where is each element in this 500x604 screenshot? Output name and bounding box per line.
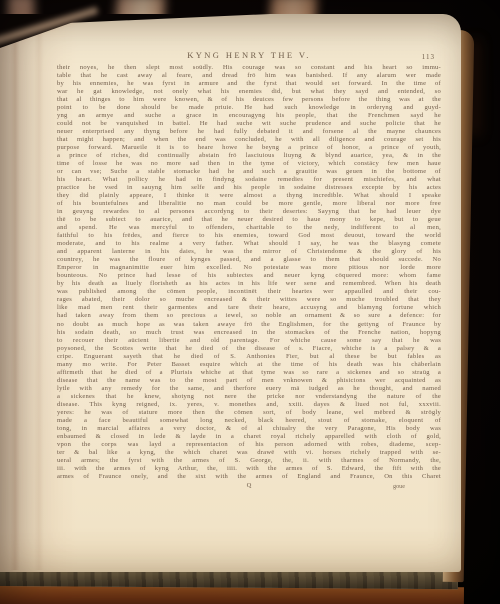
text-line: Emperor in magnanimitie euer him excelle… <box>57 264 441 272</box>
text-line: a prince of riches, did continually abst… <box>57 152 441 160</box>
text-line: that al thinges to him were knowen, & of… <box>57 96 441 104</box>
text-line: poysoned, the Scottes write that he died… <box>57 345 441 353</box>
text-line: to recouer their aūcient libertie and ol… <box>57 337 441 345</box>
signature-mark: Q <box>57 482 441 489</box>
text-line: neuer enterprised any thyng before he ha… <box>57 128 441 136</box>
text-line: of his bountefulnes and liberalitie no m… <box>57 200 441 208</box>
text-line: in geuyng rewardes to al persones accord… <box>57 208 441 216</box>
text-line: or can vse; Suche a stable stomacke had … <box>57 168 441 176</box>
text-line: that might happen; and when the end was … <box>57 136 441 144</box>
text-line: point to be done should be made priuie. … <box>57 104 441 112</box>
text-line: purpose forward. Marueile it is to heare… <box>57 144 441 152</box>
text-block: KYNG HENRY THE V. 113 their noyes, he th… <box>57 50 441 492</box>
text-line: iii. with the armes of kyng Arthur, the,… <box>57 465 441 473</box>
text-line: tong, in marcial affaires a very doctor,… <box>57 425 441 433</box>
text-line: countrey, he was the floure of kynges pa… <box>57 256 441 264</box>
text-line: ueral armes; the fyrst with the armes of… <box>57 457 441 465</box>
page-number: 113 <box>422 53 435 61</box>
text-line: thē to be subiect to auarice, and that h… <box>57 216 441 224</box>
text-line: and apparent lanterne in his daies, he w… <box>57 248 441 256</box>
text-line: was published among the cōmen people, in… <box>57 288 441 296</box>
text-line: practice he vsed in sauyng him selfe and… <box>57 184 441 192</box>
text-line: and spend. He was mercyful to offenders,… <box>57 224 441 232</box>
text-line: by his death as liuely florisheth as his… <box>57 280 441 288</box>
text-line: table that he cast away al feare, and dr… <box>57 72 441 80</box>
text-line: moderate, and to his realme a very fathe… <box>57 240 441 248</box>
signature-row: Q goue <box>57 482 441 492</box>
text-line: they did plainly appeare, I thinke it we… <box>57 192 441 200</box>
text-line: made a face beautiful somewhat long neck… <box>57 417 441 425</box>
text-line: disease that the name was to the most pa… <box>57 377 441 385</box>
text-line: armes of Fraunce onely, and the sixt wit… <box>57 473 441 481</box>
page-header: KYNG HENRY THE V. 113 <box>57 50 441 63</box>
text-line: his sodain death, so much trust was encr… <box>57 329 441 337</box>
text-line: by his ennemies, he was fyrst in armure … <box>57 80 441 88</box>
text-line: had taken away from them so precious a i… <box>57 312 441 320</box>
book-photograph: KYNG HENRY THE V. 113 their noyes, he th… <box>0 0 500 604</box>
text-line: yng an armye and suche a grace in encour… <box>57 112 441 120</box>
text-line: disease. This kyng reigned, ix. yeres, v… <box>57 401 441 409</box>
body-text: their noyes, he then slept most soūdly. … <box>57 64 441 481</box>
text-line: many mo write. For Peter Basset esquire … <box>57 361 441 369</box>
text-line: war he gat knowledge, not onely what his… <box>57 88 441 96</box>
text-line: bounteous. No prince had lesse of his su… <box>57 272 441 280</box>
text-line: yeres: he was of stature more then the c… <box>57 409 441 417</box>
text-line: like mad men rent their garmentes and ta… <box>57 304 441 312</box>
text-line: his heart. What pollicy he had in findyn… <box>57 176 441 184</box>
text-line: affirmeth that he died of a Plurisis whi… <box>57 369 441 377</box>
text-line: vpon the corps was layd a representacion… <box>57 441 441 449</box>
text-line: a sickenes that he knew, shotyng not ner… <box>57 393 441 401</box>
gutter-shadow <box>10 14 20 570</box>
page-stack-bottom-edge <box>0 569 458 589</box>
text-line: their noyes, he then slept most soūdly. … <box>57 64 441 72</box>
text-line: lytle with any remedy for the same, and … <box>57 385 441 393</box>
text-line: could not be vanquished in battel. He ha… <box>57 120 441 128</box>
text-line: faithful to his frēdes, and fierce to hi… <box>57 232 441 240</box>
text-line: no doubt as much hope as was taken awaye… <box>57 321 441 329</box>
gutter-shadow <box>34 14 44 570</box>
running-title: KYNG HENRY THE V. <box>57 50 441 60</box>
text-line: time of losse he was no more sad then in… <box>57 160 441 168</box>
text-line: cripe. Enguerant sayeth that he died of … <box>57 353 441 361</box>
text-line: enbaumed & closed in lede & layde in a c… <box>57 433 441 441</box>
catchword: goue <box>393 483 405 490</box>
text-line: rages abated, their dolor so muche encre… <box>57 296 441 304</box>
text-line: ter & bal like a kyng, the which charet … <box>57 449 441 457</box>
